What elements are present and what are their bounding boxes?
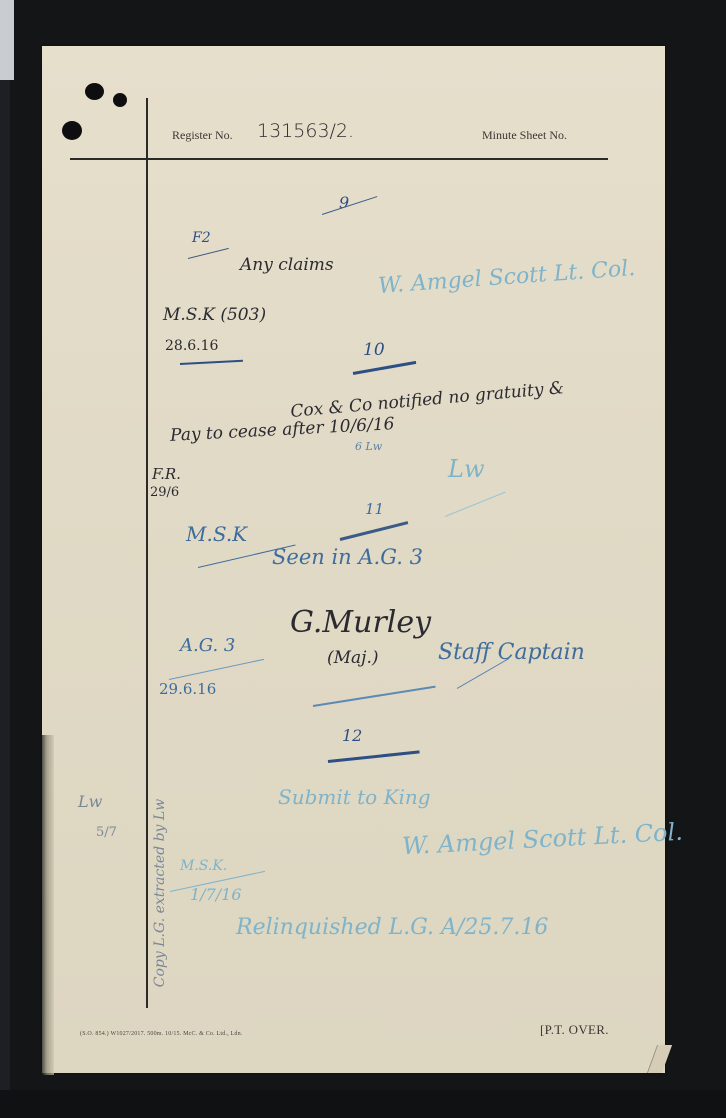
entry-marker: 9 bbox=[339, 193, 349, 212]
entry-marker: 12 bbox=[342, 726, 362, 745]
entry-marker: 11 bbox=[365, 500, 384, 518]
register-number: 131563/2. bbox=[257, 120, 354, 142]
date: 1/7/16 bbox=[190, 885, 242, 904]
date: 29/6 bbox=[150, 485, 179, 500]
initials-right: Lw bbox=[448, 455, 484, 483]
minute-text: Seen in A.G. 3 bbox=[272, 545, 423, 569]
signature-rank: (Maj.) bbox=[327, 648, 378, 668]
background-strip bbox=[0, 0, 10, 1118]
paper-fold-shadow bbox=[42, 735, 54, 1075]
register-label: Register No. bbox=[172, 128, 233, 143]
please-turn-over: [P.T. OVER. bbox=[540, 1022, 609, 1038]
margin-date: 5/7 bbox=[96, 825, 117, 840]
date: 29.6.16 bbox=[159, 680, 216, 698]
referral-note: F2 bbox=[192, 230, 211, 246]
title: Staff Captain bbox=[438, 640, 585, 665]
margin-initials: Lw bbox=[78, 792, 102, 811]
small-annotation: 6 Lw bbox=[355, 440, 382, 453]
initials: F.R. bbox=[152, 465, 181, 483]
initials: M.S.K (503) bbox=[163, 305, 266, 325]
initials: M.S.K. bbox=[180, 858, 227, 874]
minute-text: Submit to King bbox=[278, 785, 431, 809]
header-rule-horizontal bbox=[70, 158, 608, 160]
date: 28.6.16 bbox=[165, 338, 218, 354]
margin-rule-vertical bbox=[146, 98, 148, 1008]
print-code: (S.O. 854.) W1027/2017. 500m. 10/15. McC… bbox=[80, 1031, 243, 1037]
background-light-corner bbox=[0, 0, 14, 80]
department: A.G. 3 bbox=[180, 635, 235, 656]
entry-marker: 10 bbox=[363, 340, 385, 360]
minute-text: Any claims bbox=[240, 255, 334, 275]
margin-vertical-note: Copy L.G. extracted by Lw bbox=[152, 793, 168, 993]
punch-hole-icon bbox=[85, 83, 104, 100]
closing-note: Relinquished L.G. A/25.7.16 bbox=[236, 915, 548, 940]
initials: M.S.K bbox=[186, 522, 247, 546]
punch-hole-icon bbox=[113, 93, 127, 107]
punch-hole-icon bbox=[62, 121, 82, 140]
signature: G.Murley bbox=[290, 605, 431, 640]
background-bottom bbox=[0, 1090, 726, 1118]
minute-sheet-label: Minute Sheet No. bbox=[482, 128, 567, 143]
